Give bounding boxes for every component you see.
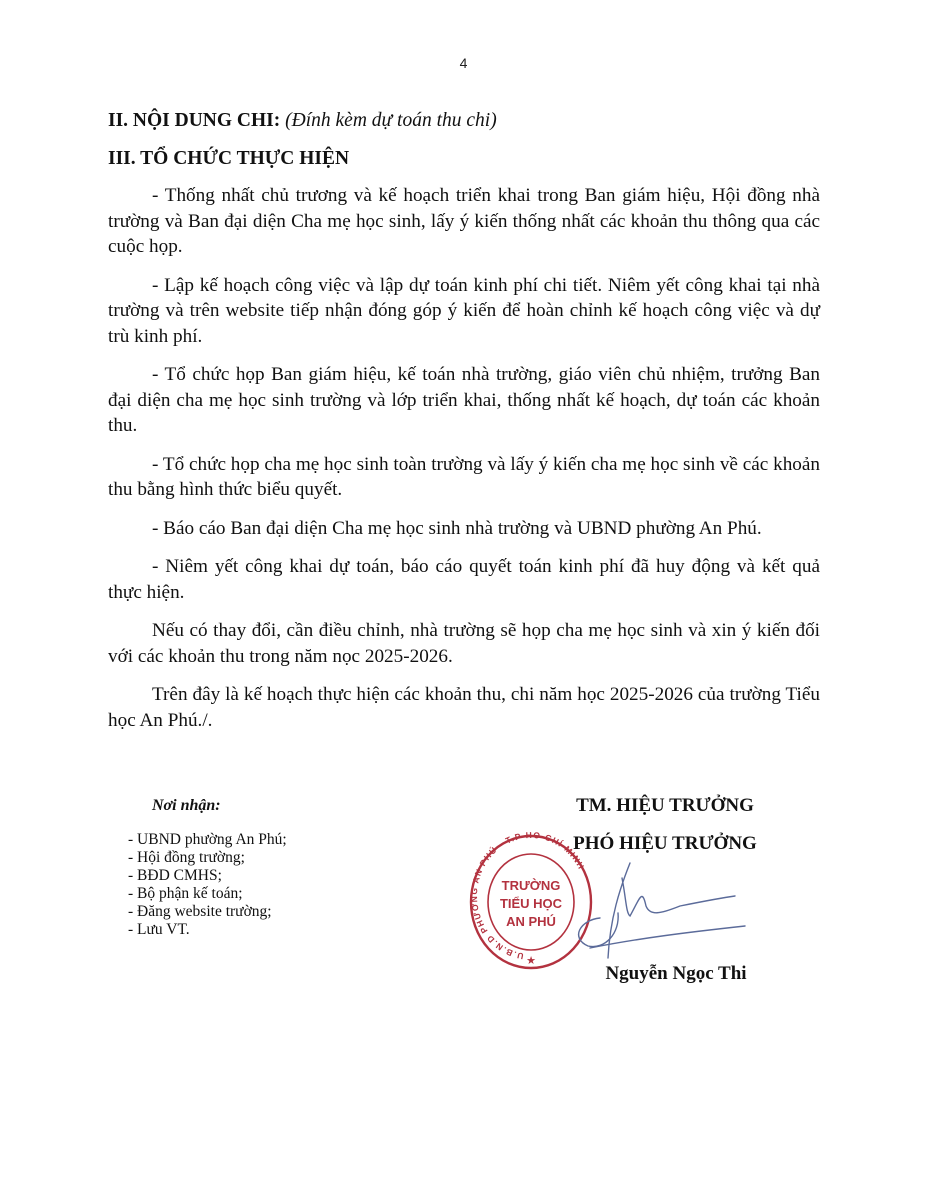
paragraph: - Báo cáo Ban đại diện Cha mẹ học sinh n… <box>108 516 820 542</box>
recipient-item: - BĐD CMHS; <box>128 867 388 885</box>
stamp-line: TIỂU HỌC <box>500 896 563 911</box>
handwritten-signature-icon <box>560 858 750 968</box>
document-body: II. NỘI DUNG CHI: (Đính kèm dự toán thu … <box>108 108 820 746</box>
signature-position: PHÓ HIỆU TRƯỞNG <box>520 833 810 855</box>
page-number: 4 <box>0 55 927 71</box>
stamp-line: TRƯỜNG <box>502 878 561 893</box>
recipients-title: Nơi nhận: <box>152 797 388 815</box>
stamp-line: AN PHÚ <box>506 914 556 929</box>
paragraph: - Tổ chức họp Ban giám hiệu, kế toán nhà… <box>108 362 820 439</box>
recipients-block: Nơi nhận: - UBND phường An Phú; - Hội đồ… <box>128 797 388 939</box>
signature-title: TM. HIỆU TRƯỞNG <box>520 795 810 817</box>
signer-name: Nguyễn Ngọc Thi <box>520 963 810 985</box>
section-ii-heading: II. NỘI DUNG CHI: (Đính kèm dự toán thu … <box>108 108 820 134</box>
section-iii-heading: III. TỔ CHỨC THỰC HIỆN <box>108 146 820 172</box>
paragraph: - Niêm yết công khai dự toán, báo cáo qu… <box>108 554 820 605</box>
recipient-item: - Đăng website trường; <box>128 903 388 921</box>
recipient-item: - Lưu VT. <box>128 921 388 939</box>
recipient-item: - UBND phường An Phú; <box>128 831 388 849</box>
paragraph: - Thống nhất chủ trương và kế hoạch triể… <box>108 183 820 260</box>
paragraph: Nếu có thay đổi, cần điều chỉnh, nhà trư… <box>108 618 820 669</box>
recipient-item: - Hội đồng trường; <box>128 849 388 867</box>
section-ii-label: II. NỘI DUNG CHI: <box>108 110 285 131</box>
recipients-list: - UBND phường An Phú; - Hội đồng trường;… <box>128 831 388 939</box>
paragraph: Trên đây là kế hoạch thực hiện các khoản… <box>108 682 820 733</box>
section-ii-note: (Đính kèm dự toán thu chi) <box>285 110 497 131</box>
recipient-item: - Bộ phận kế toán; <box>128 885 388 903</box>
paragraph: - Tổ chức họp cha mẹ học sinh toàn trườn… <box>108 452 820 503</box>
paragraph: - Lập kế hoạch công việc và lập dự toán … <box>108 273 820 350</box>
